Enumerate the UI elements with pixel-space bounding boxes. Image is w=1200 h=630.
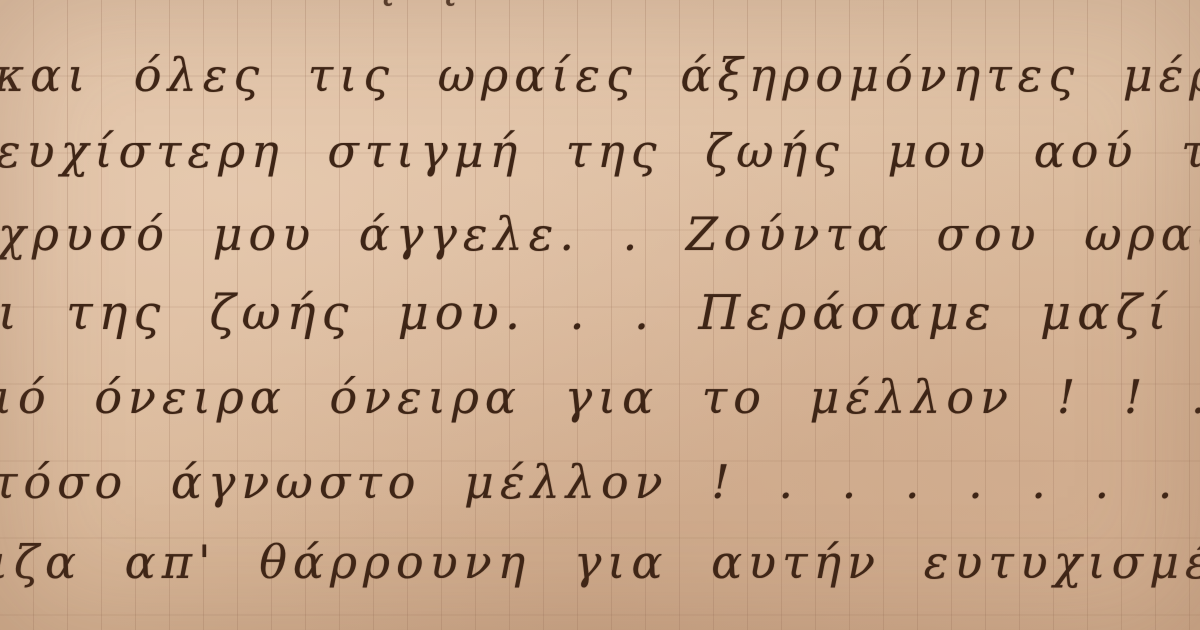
manuscript-line-1: και όλες τις ωραίες άξηρομόνητες μέρες. … xyxy=(0,48,1200,102)
manuscript-line-5: ιό όνειρα όνειρα για το μέλλον ! ! . . .… xyxy=(0,370,1200,424)
manuscript-line-6: τόσο άγνωστο μέλλον ! . . . . . . . . . xyxy=(0,455,1200,509)
manuscript-line-3: χρυσό μου άγγελε. . Ζούντα σου ωραστη τη… xyxy=(0,207,1200,261)
manuscript-line-4: ι της ζωής μου. . . Περάσαμε μαζί τα ωρα xyxy=(0,285,1200,341)
manuscript-line-7: ιζα απ' θάρρουνη για αυτήν ευτυχισμένη ι xyxy=(0,535,1200,589)
manuscript-line-0: ι ι xyxy=(380,0,464,16)
handwritten-letter-photo: ι ι και όλες τις ωραίες άξηρομόνητες μέρ… xyxy=(0,0,1200,630)
manuscript-line-2: ευχίστερη στιγμή της ζωής μου αού της ωρ… xyxy=(0,124,1200,178)
